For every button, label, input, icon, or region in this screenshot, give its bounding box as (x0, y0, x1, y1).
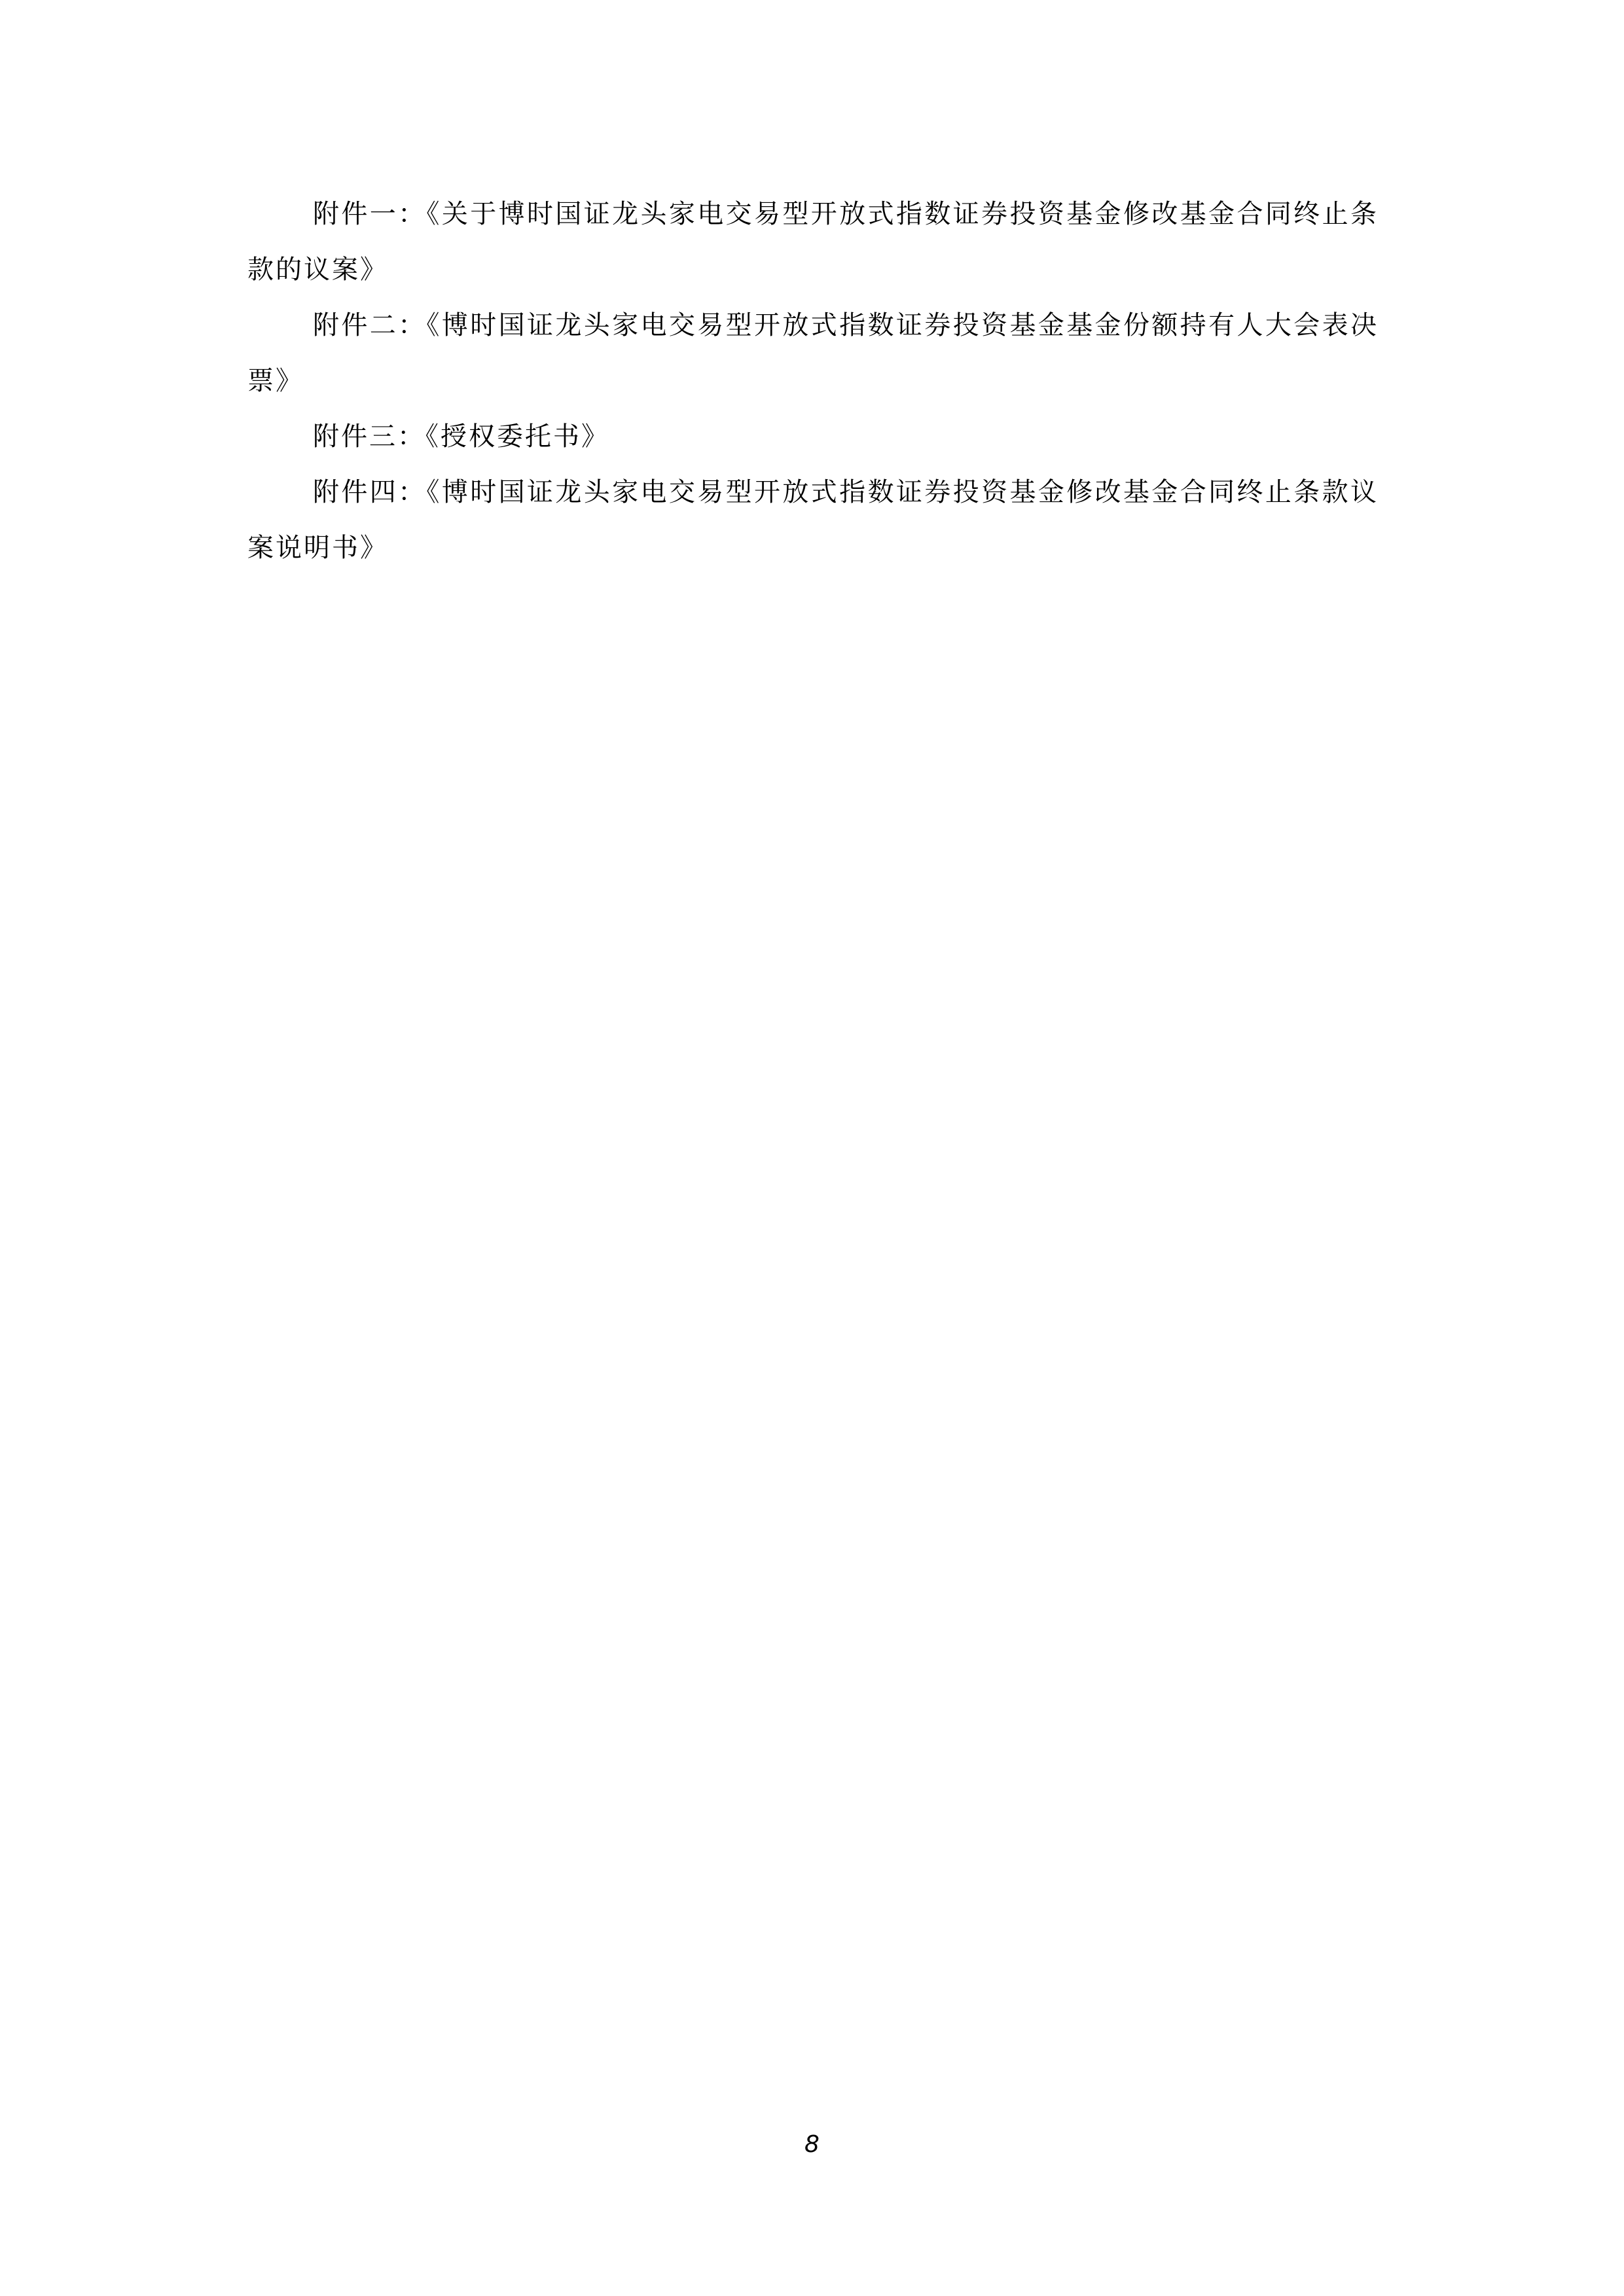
attachment-label: 附件三： (313, 422, 425, 452)
attachment-label: 附件一： (313, 199, 427, 229)
attachments-list: 附件一：《关于博时国证龙头家电交易型开放式指数证券投资基金修改基金合同终止条款的… (247, 187, 1379, 576)
attachment-item-3: 附件三：《授权委托书》 (247, 409, 1379, 465)
attachment-item-4: 附件四：《博时国证龙头家电交易型开放式指数证券投资基金修改基金合同终止条款议案说… (247, 465, 1379, 576)
attachment-label: 附件二： (313, 310, 427, 340)
attachment-item-1: 附件一：《关于博时国证龙头家电交易型开放式指数证券投资基金修改基金合同终止条款的… (247, 187, 1379, 298)
attachment-label: 附件四： (313, 477, 427, 507)
attachment-item-2: 附件二：《博时国证龙头家电交易型开放式指数证券投资基金基金份额持有人大会表决票》 (247, 298, 1379, 409)
attachment-title: 《授权委托书》 (425, 422, 609, 452)
page-number: 8 (0, 2128, 1624, 2161)
